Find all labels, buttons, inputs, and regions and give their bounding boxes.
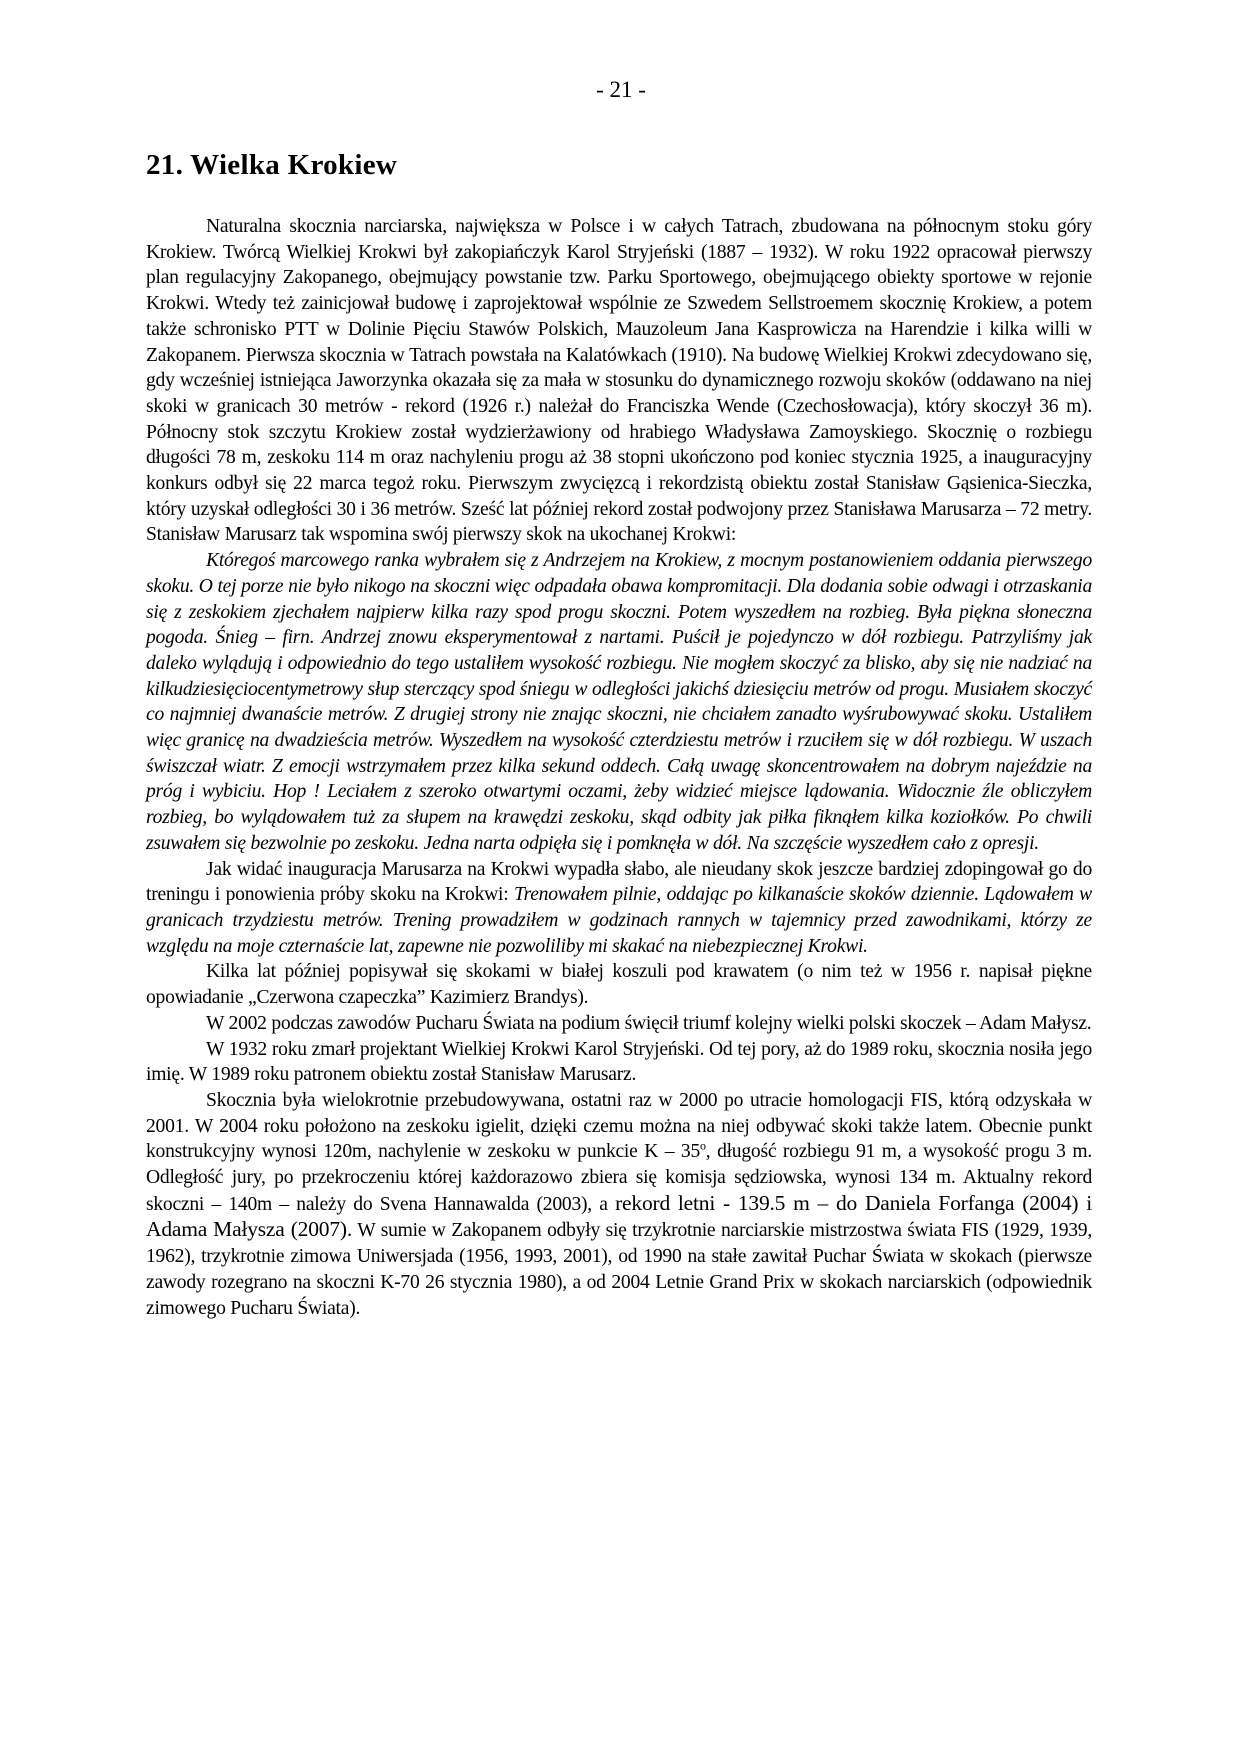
paragraph-modernization: Skocznia była wielokrotnie przebudowywan… [146, 1088, 1092, 1321]
paragraph-patron: W 1932 roku zmarł projektant Wielkiej Kr… [146, 1037, 1092, 1088]
page-number: - 21 - [0, 76, 1242, 104]
page-title: 21. Wielka Krokiew [146, 148, 397, 182]
paragraph-white-shirt: Kilka lat później popisywał się skokami … [146, 959, 1092, 1010]
paragraph-training: Jak widać inauguracja Marusarza na Krokw… [146, 857, 1092, 960]
paragraph-malysz: W 2002 podczas zawodów Pucharu Świata na… [146, 1011, 1092, 1037]
article-body: Naturalna skocznia narciarska, największ… [146, 214, 1092, 1321]
quote-marusarz-first-jump: Któregoś marcowego ranka wybrałem się z … [146, 548, 1092, 856]
paragraph-intro: Naturalna skocznia narciarska, największ… [146, 214, 1092, 548]
